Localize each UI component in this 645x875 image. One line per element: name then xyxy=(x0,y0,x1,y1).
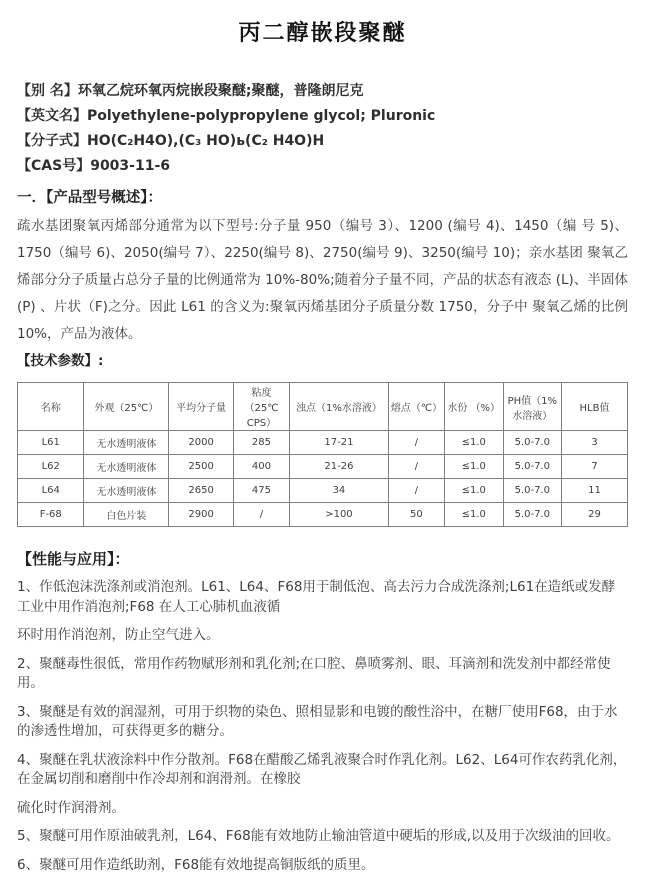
cell-avg-mol-weight: 2500 xyxy=(169,455,234,479)
cell-viscosity: 400 xyxy=(233,455,289,479)
cell-ph: 5.0-7.0 xyxy=(503,431,562,455)
tech-params-table: 名称 外观（25℃） 平均分子量 粘度（25℃ CPS） 浊点（1%水溶液） 熔… xyxy=(17,382,628,527)
cas-number-value: 9003-11-6 xyxy=(90,158,170,174)
table-header-row: 名称 外观（25℃） 平均分子量 粘度（25℃ CPS） 浊点（1%水溶液） 熔… xyxy=(18,383,628,431)
col-header-hlb: HLB值 xyxy=(562,383,628,431)
molecular-formula-value: HO(C₂H4O),(C₃ HO)ь(C₂ H4O)H xyxy=(87,133,324,149)
cell-appearance: 白色片装 xyxy=(84,503,169,527)
cas-number-label: 【CAS号】 xyxy=(17,158,90,174)
molecular-formula-label: 【分子式】 xyxy=(17,133,87,149)
table-row: L62 无水透明液体 2500 400 21-26 / ≤1.0 5.0-7.0… xyxy=(18,455,628,479)
cell-hlb: 11 xyxy=(562,479,628,503)
cell-moisture: ≤1.0 xyxy=(444,455,503,479)
molecular-formula-line: 【分子式】HO(C₂H4O),(C₃ HO)ь(C₂ H4O)H xyxy=(17,133,628,150)
cell-appearance: 无水透明液体 xyxy=(84,455,169,479)
cell-melting-point: 50 xyxy=(388,503,444,527)
col-header-melting-point: 熔点（℃） xyxy=(388,383,444,431)
cell-melting-point: / xyxy=(388,431,444,455)
document-page: 丙二醇嵌段聚醚 【别 名】环氧乙烷环氧丙烷嵌段聚醚;聚醚，普隆朗尼克 【英文名】… xyxy=(0,0,645,875)
cell-avg-mol-weight: 2650 xyxy=(169,479,234,503)
cell-avg-mol-weight: 2900 xyxy=(169,503,234,527)
cell-hlb: 3 xyxy=(562,431,628,455)
alias-value: 环氧乙烷环氧丙烷嵌段聚醚;聚醚，普隆朗尼克 xyxy=(78,83,364,99)
cell-hlb: 7 xyxy=(562,455,628,479)
cell-name: L62 xyxy=(18,455,84,479)
performance-item-1-continuation: 环时用作消泡剂，防止空气进入。 xyxy=(17,626,628,646)
cell-appearance: 无水透明液体 xyxy=(84,479,169,503)
cell-appearance: 无水透明液体 xyxy=(84,431,169,455)
cell-avg-mol-weight: 2000 xyxy=(169,431,234,455)
alias-label: 【别 名】 xyxy=(17,83,78,99)
product-overview-heading: 一．【产品型号概述】： xyxy=(17,189,628,207)
col-header-viscosity: 粘度（25℃ CPS） xyxy=(233,383,289,431)
table-row: F-68 白色片装 2900 / >100 50 ≤1.0 5.0-7.0 29 xyxy=(18,503,628,527)
performance-item-3: 3、聚醚是有效的润湿剂，可用于织物的染色、照相显影和电镀的酸性浴中，在糖厂使用F… xyxy=(17,703,628,742)
cell-viscosity: 285 xyxy=(233,431,289,455)
performance-item-4-continuation: 硫化时作润滑剂。 xyxy=(17,799,628,819)
table-row: L64 无水透明液体 2650 475 34 / ≤1.0 5.0-7.0 11 xyxy=(18,479,628,503)
english-name-label: 【英文名】 xyxy=(17,108,87,124)
cas-number-line: 【CAS号】9003-11-6 xyxy=(17,158,628,175)
performance-heading: 【性能与应用】： xyxy=(17,549,628,569)
cell-ph: 5.0-7.0 xyxy=(503,479,562,503)
cell-moisture: ≤1.0 xyxy=(444,479,503,503)
performance-item-1: 1、作低泡沫洗涤剂或消泡剂。L61、L64、F68用于制低泡、高去污力合成洗涤剂… xyxy=(17,578,628,617)
alias-line: 【别 名】环氧乙烷环氧丙烷嵌段聚醚;聚醚，普隆朗尼克 xyxy=(17,83,628,100)
performance-item-2: 2、聚醚毒性很低，常用作药物赋形剂和乳化剂;在口腔、鼻喷雾剂、眼、耳滴剂和洗发剂… xyxy=(17,655,628,694)
col-header-name: 名称 xyxy=(18,383,84,431)
col-header-avg-mol-weight: 平均分子量 xyxy=(169,383,234,431)
cell-cloud-point: 21-26 xyxy=(290,455,389,479)
cell-name: L61 xyxy=(18,431,84,455)
cell-viscosity: 475 xyxy=(233,479,289,503)
cell-ph: 5.0-7.0 xyxy=(503,503,562,527)
col-header-appearance: 外观（25℃） xyxy=(84,383,169,431)
cell-cloud-point: 17-21 xyxy=(290,431,389,455)
page-title: 丙二醇嵌段聚醚 xyxy=(17,16,628,47)
cell-viscosity: / xyxy=(233,503,289,527)
table-row: L61 无水透明液体 2000 285 17-21 / ≤1.0 5.0-7.0… xyxy=(18,431,628,455)
cell-moisture: ≤1.0 xyxy=(444,431,503,455)
cell-melting-point: / xyxy=(388,479,444,503)
cell-melting-point: / xyxy=(388,455,444,479)
cell-name: F-68 xyxy=(18,503,84,527)
col-header-moisture: 水份 （%） xyxy=(444,383,503,431)
cell-ph: 5.0-7.0 xyxy=(503,455,562,479)
english-name-line: 【英文名】Polyethylene-polypropylene glycol; … xyxy=(17,108,628,125)
performance-item-5: 5、聚醚可用作原油破乳剂，L64、F68能有效地防止输油管道中硬垢的形成,以及用… xyxy=(17,827,628,847)
performance-item-6: 6、聚醚可用作造纸助剂，F68能有效地提高铜版纸的质里。 xyxy=(17,856,628,875)
english-name-value: Polyethylene-polypropylene glycol; Pluro… xyxy=(87,108,435,124)
performance-item-4: 4、聚醚在乳状液涂料中作分散剂。F68在醋酸乙烯乳液聚合时作乳化剂。L62、L6… xyxy=(17,751,628,790)
cell-cloud-point: >100 xyxy=(290,503,389,527)
cell-cloud-point: 34 xyxy=(290,479,389,503)
cell-moisture: ≤1.0 xyxy=(444,503,503,527)
col-header-cloud-point: 浊点（1%水溶液） xyxy=(290,383,389,431)
cell-hlb: 29 xyxy=(562,503,628,527)
tech-params-heading: 【技术参数】: xyxy=(17,352,628,370)
cell-name: L64 xyxy=(18,479,84,503)
product-overview-paragraph: 疏水基团聚氧丙烯部分通常为以下型号:分子量 950（编号 3）、1200 (编号… xyxy=(17,213,628,348)
col-header-ph: PH值（1%水溶液） xyxy=(503,383,562,431)
